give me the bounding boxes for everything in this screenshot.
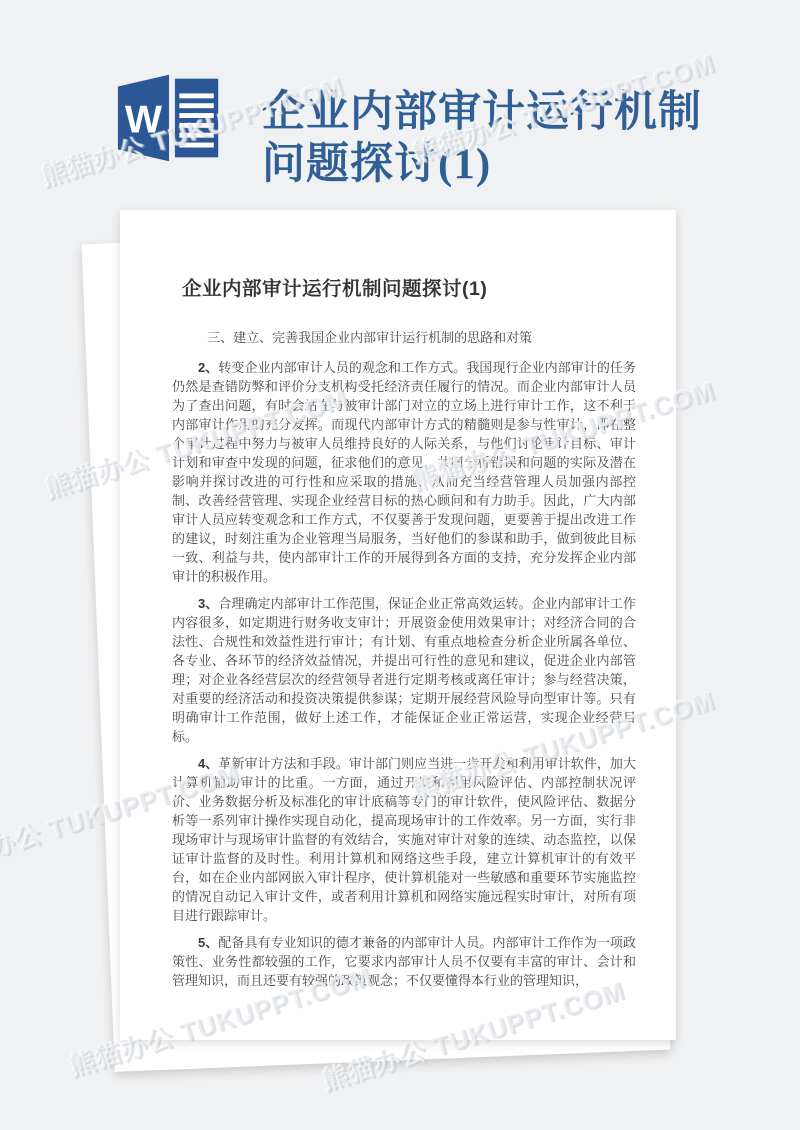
page-title-line2: 问题探讨(1) xyxy=(262,139,742,191)
section-heading: 三、建立、完善我国企业内部审计运行机制的思路和对策 xyxy=(172,328,636,348)
paragraph: 4、革新审计方法和手段。审计部门则应当进一步开发和利用审计软件，加大计算机辅助审… xyxy=(172,754,636,925)
paragraph: 3、合理确定内部审计工作范围，保证企业正常高效运转。企业内部审计工作内容很多，如… xyxy=(172,594,636,746)
word-icon: W xyxy=(112,66,230,170)
paragraph-text: 转变企业内部审计人员的观念和工作方式。我国现行企业内部审计的任务仍然是查错防弊和… xyxy=(172,360,636,584)
document-title: 企业内部审计运行机制问题探讨(1) xyxy=(182,276,636,302)
paragraph-number: 4、 xyxy=(198,756,218,771)
page-title-line1: 企业内部审计运行机制 xyxy=(262,87,742,139)
paragraph: 2、转变企业内部审计人员的观念和工作方式。我国现行企业内部审计的任务仍然是查错防… xyxy=(172,358,636,586)
page-title: 企业内部审计运行机制 问题探讨(1) xyxy=(262,87,742,191)
svg-text:W: W xyxy=(125,98,163,142)
paragraph-number: 2、 xyxy=(198,360,218,375)
paragraph-number: 5、 xyxy=(198,935,218,950)
paragraph-number: 3、 xyxy=(198,596,218,611)
paragraph-text: 配备具有专业知识的德才兼备的内部审计人员。内部审计工作作为一项政策性、业务性都较… xyxy=(172,935,636,988)
paragraph-text: 合理确定内部审计工作范围，保证企业正常高效运转。企业内部审计工作内容很多，如定期… xyxy=(172,596,636,744)
page-background: W 企业内部审计运行机制 问题探讨(1) 企业内部审计运行机制问题探讨(1) 三… xyxy=(0,0,800,1130)
paragraph-text: 革新审计方法和手段。审计部门则应当进一步开发和利用审计软件，加大计算机辅助审计的… xyxy=(172,756,636,923)
paragraph: 5、配备具有专业知识的德才兼备的内部审计人员。内部审计工作作为一项政策性、业务性… xyxy=(172,933,636,990)
document-page-preview[interactable]: 企业内部审计运行机制问题探讨(1) 三、建立、完善我国企业内部审计运行机制的思路… xyxy=(120,210,676,1040)
